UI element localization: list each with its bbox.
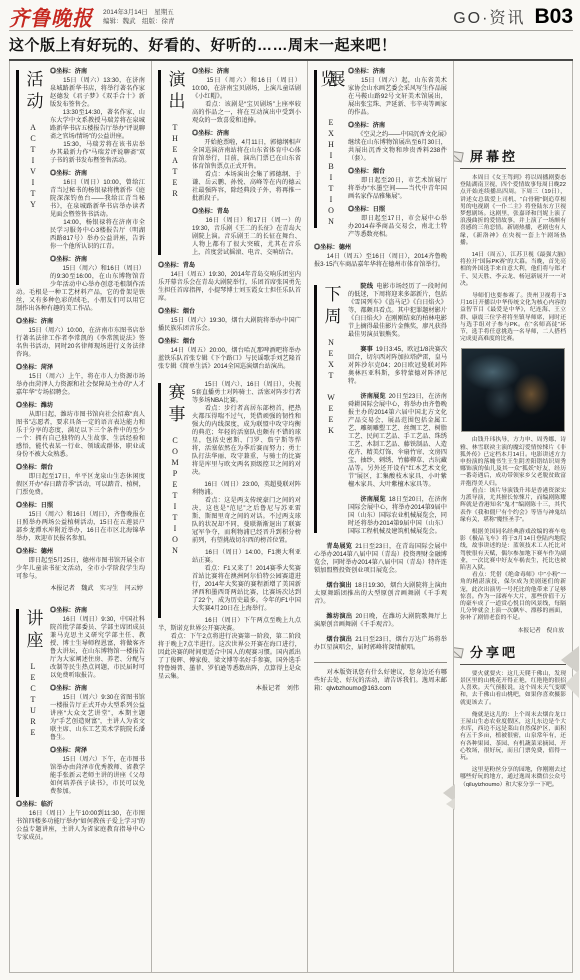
theater-vertical-label: 演出 THEATER [158, 70, 185, 255]
column-activity-lecture: 活动 ACTIVITY ◎坐标：济南 15日（周六）13:30，在济南泉城路新华… [10, 61, 152, 972]
screen-paragraph: 根据美国同名经典游戏改编的赛车电影《极品飞车》将于3月14日登陆内地院线，故事讲… [460, 529, 566, 623]
share-section-title: 分享吧 [470, 649, 518, 656]
exhibition-vertical-label: 展览 EXHIBITION [314, 70, 341, 228]
share-paragraph: 这里是粉丝分享的园地，你刚刚去过哪些好玩的地方，通过逸周末微信公众号（qiluy… [460, 767, 566, 789]
next-week-item: 潍坊演出20日晚，在潍坊大剧院歌舞厅上演原创音画舞剧《千手观音》。 [314, 613, 447, 629]
share-section-header: 分享吧 [460, 645, 566, 665]
section-lecture: 讲座 LECTURE ◎坐标：济南 16日（周日）9:30，中国社科院首批学部委… [16, 607, 145, 842]
section-theater: 演出 THEATER ◎坐标：济南 15日（周六）和16日（周日）10:00，在… [158, 68, 301, 371]
screen-section-header: 屏幕控 [460, 149, 566, 169]
news-item: ◎坐标：菏泽 15日（周六）上午，将在市人力资源市场举办由菏泽人力资源和社会保障… [16, 364, 145, 397]
competition-vertical-label: 赛事 COMPETITION [158, 383, 185, 618]
share-paragraph: 要火就要火：这几天爬千佛山，发现景区里的山桃花开得正艳，红艳艳的很招人喜欢。天气… [460, 671, 566, 707]
screen-icon [454, 149, 465, 164]
news-item: ◎坐标：烟台 14日（周五）20:00，烟台哈瓦那啤酒吧将举办蓝铁乐队首张专辑《… [158, 338, 301, 371]
news-item: ◎坐标：日照 15日（周六）和16日（周日），齐鲁晚报在日照举办两场公益植树活动… [16, 502, 145, 543]
screen-paragraph: 导师们也要参赛了。贵州卫视将于3月16日开播以中华传统文化为核心内容的益智节目《… [460, 293, 566, 343]
section-exhibition: 展览 EXHIBITION ◎坐标：济南 15日（周六）起，山东省美术家协会山水… [314, 68, 447, 269]
content-columns: 活动 ACTIVITY ◎坐标：济南 15日（周六）13:30，在济南泉城路新华… [9, 61, 573, 973]
section-share: 分享吧 要火就要火：这几天爬千佛山，发现景区里的山桃花开得正艳，红艳艳的很招人喜… [460, 645, 566, 789]
byline: 本报记者 魏武 实习生 闫云婷 [16, 585, 143, 593]
news-item: ◎坐标：烟台 15日（周六）19:30，烟台大剧院将举办中国广播民族乐团音乐会。 [158, 308, 301, 333]
news-item: ◎坐标：潍坊 从即日起，潍坊市图书馆向社会招募“真人图书”志愿者，要求具备一定的… [16, 402, 145, 459]
byline: 本报记者 刘伟 [158, 685, 299, 693]
news-item: ◎坐标：临沂 16日（周日）上午10:00到11:30，在市图书馆四楼多功能厅举… [16, 801, 145, 842]
activity-vertical-label: 活动 ACTIVITY [16, 70, 43, 285]
page-headline: 这个版上有好玩的、好看的、好听的……周末一起来吧！ [9, 30, 573, 61]
next-week-item: 青岛展览21日至23日，在青岛国际会展中心举办2014第八届中国（青岛）投资理财… [314, 543, 447, 575]
editor-line: 编辑：魏武 组版：徐青 [103, 17, 175, 26]
page-number: B03 [534, 5, 573, 29]
reader-contact-note: 对本版资讯您有什么好建议，您身边还有哪些好去处、好玩的活动，请告诉我们。逸周末邮… [314, 662, 447, 693]
section-next-week: 下周 NEXT WEEK 院线电影市场经历了一段时间的低迷，下周将迎来多部新片，… [314, 283, 447, 652]
movie-still-photo [461, 348, 565, 432]
news-item: 16日（周日）下午两点至晚上九点半，斯诺克世界公开赛决赛。 看点：下午2点将进行… [158, 617, 301, 681]
column-theater-competition: 演出 THEATER ◎坐标：济南 15日（周六）和16日（周日）10:00，在… [152, 61, 308, 972]
fold-arrow-icon [441, 784, 455, 810]
lecture-vertical-label: 讲座 LECTURE [16, 609, 43, 797]
share-icon [454, 645, 465, 660]
byline: 本报记者 倪自放 [460, 628, 564, 635]
news-item: ◎坐标：青岛 14日（周五）19:30，2014年青岛交响乐团室内乐开幕音乐会在… [158, 262, 301, 303]
section-competition: 赛事 COMPETITION 15日（周六）、16日（周日），央视5套直播勇士对… [158, 381, 301, 693]
section-activity: 活动 ACTIVITY ◎坐标：济南 15日（周六）13:30，在济南泉城路新华… [16, 68, 145, 593]
news-item: ◎坐标：德州 14日（周五）至16日（周日），2014齐鲁晚报3·15汽车商品嘉… [314, 244, 447, 269]
newspaper-page: 齐鲁晚报 2014年3月14日 星期五 编辑：魏武 组版：徐青 GO·资讯 B0… [0, 0, 580, 980]
share-paragraph: 俺就是这儿的：上个周末去烟台龙口王屋山生态农业度假区，这儿东边是个大水库，西边不… [460, 712, 566, 762]
screen-section-title: 屏幕控 [470, 153, 518, 160]
column-exhibition-nextweek: 展览 EXHIBITION ◎坐标：济南 15日（周六）起，山东省美术家协会山水… [308, 61, 454, 972]
date-line: 2014年3月14日 星期五 [103, 8, 175, 17]
screen-paragraph: 14日（周五），江苏卫视《最强大脑》将拉开“国际PK赛”的大幕。当晚，首先亮相的… [460, 252, 566, 288]
news-item: ◎坐标：烟台 即日起至17日，牟平区龙泉山生态休闲度假区开办“春日踏青季”活动，… [16, 464, 145, 497]
section-tag: GO·资讯 [453, 5, 525, 28]
newspaper-logo: 齐鲁晚报 [9, 1, 93, 31]
screen-paragraph: 由钱升玮执导，方力申、周秀娜、诗雅、林雪联袂主演的魔幻爱情惊悚片《非狐外传》已定… [460, 437, 566, 523]
publication-info: 2014年3月14日 星期五 编辑：魏武 组版：徐青 [103, 8, 175, 26]
masthead: 齐鲁晚报 2014年3月14日 星期五 编辑：魏武 组版：徐青 GO·资讯 B0… [9, 3, 573, 31]
screen-paragraph: 本周日《女王驾到》将以周播剧姿态登陆湖南卫视，四个爱情故事每周日晚22点开始连续… [460, 175, 566, 247]
column-screen-share: 屏幕控 本周日《女王驾到》将以周播剧姿态登陆湖南卫视，四个爱情故事每周日晚22点… [454, 61, 572, 972]
news-item: ◎坐标：济南 15日（周六）10:00，在济南市东图书店举行著名法律工作者李常凯… [16, 318, 145, 359]
next-week-item: 烟台演出21日至23日，烟台万达广场将举办巨星演唱会，届时郭峰将深情献唱。 [314, 636, 447, 652]
news-item: ◎坐标：德州 即日起至5月25日，德州市图书馆开展全市少年儿童读书征文活动，全市… [16, 548, 145, 581]
fold-arrow-icon [559, 646, 579, 698]
next-week-item: 烟台演出18日19:30，烟台大剧院将上演由太原舞蹈团推出的大型原创音画舞剧《千… [314, 582, 447, 606]
section-screen: 屏幕控 本周日《女王驾到》将以周播剧姿态登陆湖南卫视，四个爱情故事每周日晚22点… [460, 149, 566, 635]
next-week-vertical-label: 下周 NEXT WEEK [314, 285, 341, 533]
